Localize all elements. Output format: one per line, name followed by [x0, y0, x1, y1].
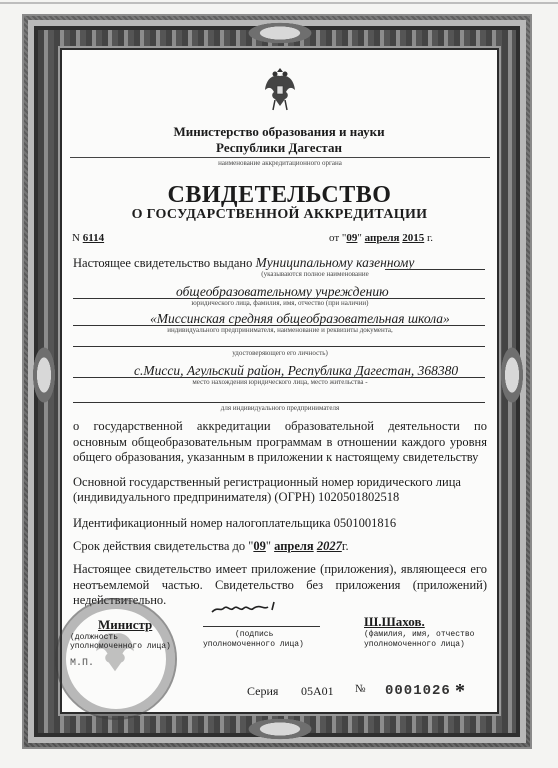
certificate-number-prefix: N [72, 232, 80, 244]
authority-name-line-2: Республики Дагестан [150, 140, 408, 155]
validity: Срок действия свидетельства до "09" апре… [73, 539, 349, 554]
signatory-position: Министр [98, 617, 152, 633]
validity-quote: " [266, 539, 274, 553]
border-ornament-bottom [240, 716, 320, 742]
document-title: СВИДЕТЕЛЬСТВО [62, 182, 497, 209]
position-caption-2: уполномоченного лица) [70, 642, 171, 651]
signatory-name: Ш.Шахов. [364, 614, 425, 630]
issue-date-prefix: от " [329, 232, 346, 244]
coat-of-arms-icon [264, 66, 296, 112]
position-caption-1: (должность [70, 633, 118, 642]
issue-date: от "09" апреля 2015 г. [329, 232, 433, 244]
ogrn-line-1: Основной государственный регистрационный… [73, 475, 461, 490]
inn: Идентификационный номер налогоплательщик… [73, 516, 396, 531]
series-value: 05А01 [301, 684, 334, 699]
issued-to-caption-3: индивидуального предпринимателя, наимено… [110, 326, 450, 334]
authority-underline [70, 157, 490, 158]
fill-line-4 [73, 346, 485, 347]
certificate-number: N 6114 [72, 232, 104, 244]
validity-month: апреля [274, 539, 314, 553]
certificate-number-value: 6114 [83, 232, 104, 244]
signature-caption-1: (подпись [235, 630, 273, 639]
authority-caption: наименование аккредитационного органа [150, 159, 410, 167]
asterisk-mark: * [455, 680, 465, 703]
ogrn-line-2: (индивидуального предпринимателя) (ОГРН)… [73, 490, 399, 505]
name-caption-2: уполномоченного лица) [364, 640, 465, 649]
border-ornament-right [498, 340, 526, 410]
document-subtitle: О ГОСУДАРСТВЕННОЙ АККРЕДИТАЦИИ [62, 207, 497, 223]
authority-name-line-1: Министерство образования и науки [150, 124, 408, 139]
scan-edge [0, 2, 558, 4]
stamp-place-mark: М.П. [70, 658, 94, 669]
validity-day: 09 [253, 539, 266, 553]
accreditation-statement: о государственной аккредитации образоват… [73, 419, 487, 466]
signature-caption-2: уполномоченного лица) [203, 640, 304, 649]
issue-date-day: 09 [346, 232, 357, 244]
issued-to-caption-6: для индивидуального предпринимателя [170, 404, 390, 412]
signature-icon [210, 600, 280, 616]
name-caption-1: (фамилия, имя, отчество [364, 630, 474, 639]
issued-to-label: Настоящее свидетельство выдано [73, 256, 256, 270]
fill-line-6 [73, 402, 485, 403]
series-label: Серия [247, 684, 278, 699]
series-number: 0001026 [385, 683, 451, 699]
issued-to-caption-2: юридического лица, фамилия, имя, отчеств… [130, 299, 430, 307]
series-number-label: № [355, 683, 366, 695]
issue-date-suffix: г. [424, 232, 433, 244]
validity-year: 2027 [317, 539, 342, 553]
issue-date-month: апреля [365, 232, 400, 244]
issued-to-line-1: Муниципальному казенному [256, 255, 415, 270]
issued-to-caption-1: (указываются полное наименование [195, 270, 435, 278]
issued-to-row: Настоящее свидетельство выдано Муниципал… [73, 255, 414, 271]
border-ornament-left [30, 340, 58, 410]
issued-to-caption-4: удостоверяющего его личность) [170, 349, 390, 357]
validity-suffix: г. [342, 539, 349, 553]
issued-to-caption-5: место нахождения юридического лица, мест… [140, 378, 420, 386]
issue-date-quote: " [357, 232, 364, 244]
border-ornament-top [240, 20, 320, 46]
signature-line [203, 626, 320, 627]
issue-date-year: 2015 [402, 232, 424, 244]
validity-prefix: Срок действия свидетельства до " [73, 539, 253, 553]
